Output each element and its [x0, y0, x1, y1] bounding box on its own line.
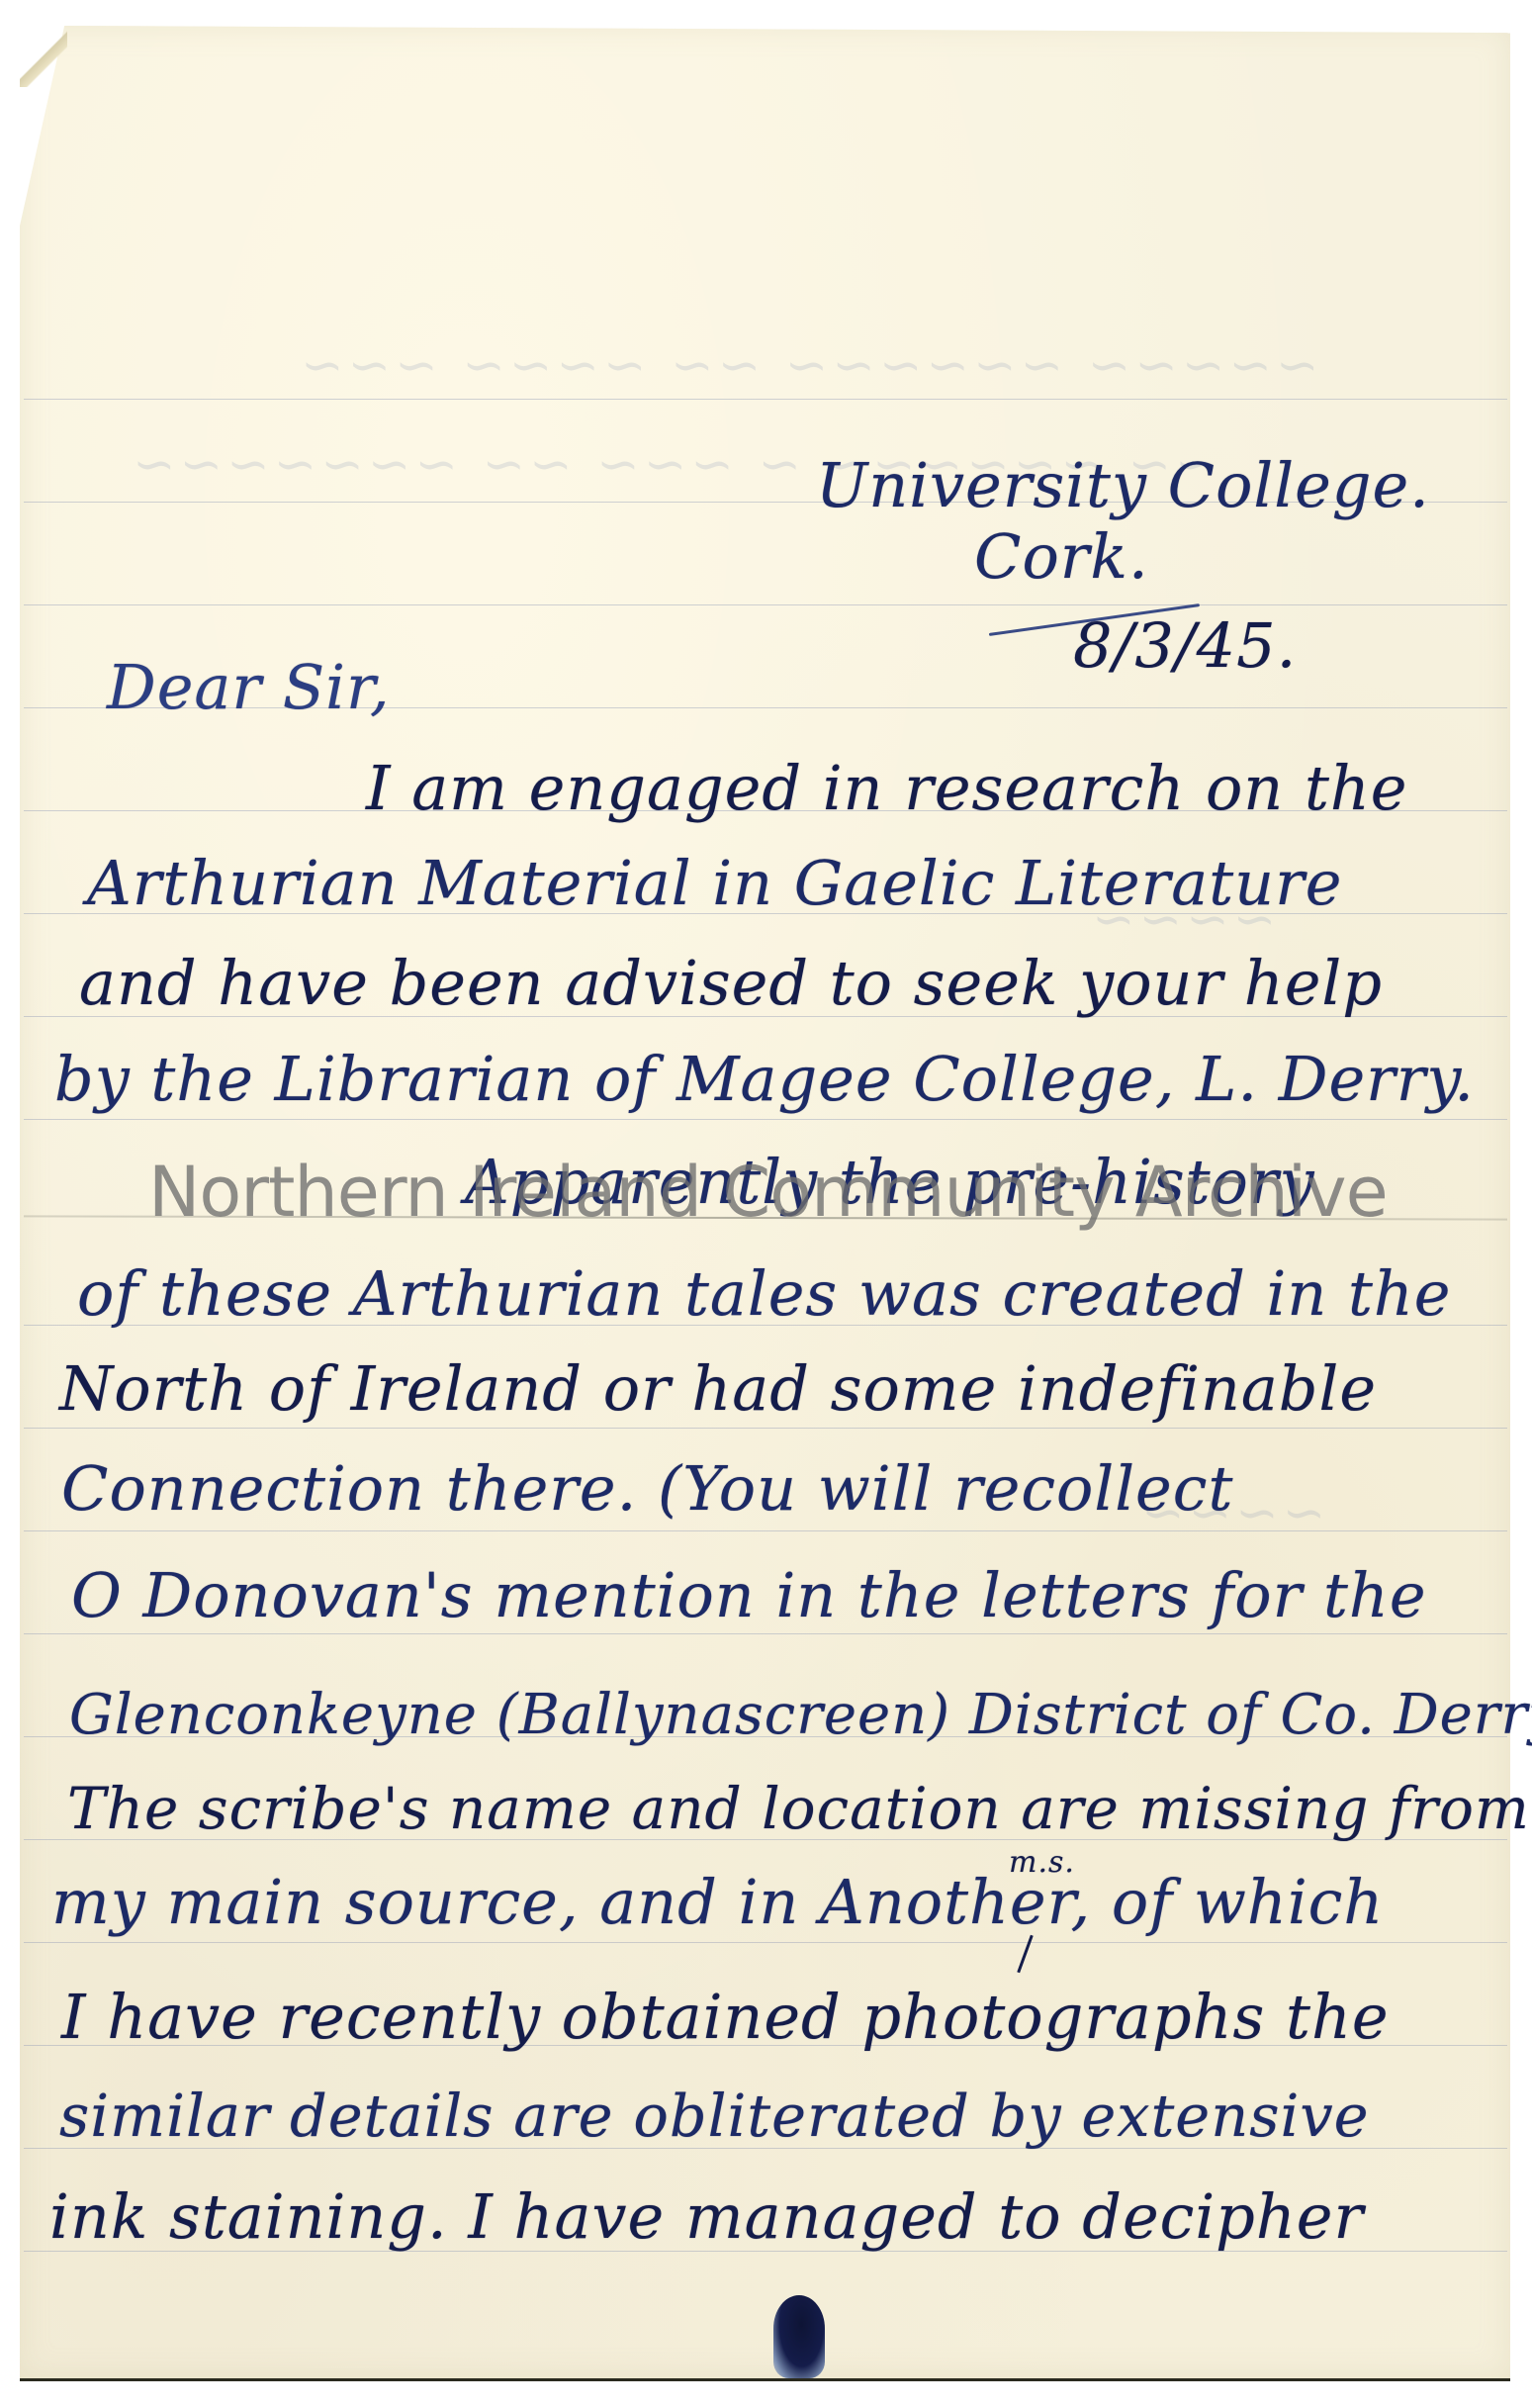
body-line: O Donovan's mention in the letters for t… — [71, 1565, 1427, 1626]
bleed-through-text: ~~~~~ ~~~~~~ ~~ ~~~~ ~~~ — [297, 336, 1319, 396]
body-line: Glenconkeyne (Ballynascreen) District of… — [69, 1688, 1532, 1743]
body-line: I am engaged in research on the — [366, 758, 1408, 819]
body-line: North of Ireland or had some indefinable — [59, 1358, 1377, 1420]
body-line: similar details are obliterated by exten… — [59, 2086, 1370, 2145]
body-line: I have recently obtained photographs the — [61, 1987, 1390, 2048]
ink-blot — [773, 2295, 825, 2378]
body-line: of these Arthurian tales was created in … — [77, 1263, 1452, 1325]
ruled-line — [24, 604, 1507, 605]
body-line: Arthurian Material in Gaelic Literature — [87, 853, 1342, 914]
body-line: The scribe's name and location are missi… — [67, 1780, 1530, 1837]
folded-corner — [20, 26, 67, 87]
body-line: by the Librarian of Magee College, L. De… — [54, 1049, 1475, 1110]
ruled-line — [24, 1942, 1507, 1943]
sender-address-line2: Cork. — [974, 526, 1149, 588]
ruled-line — [24, 1119, 1507, 1120]
ruled-line — [24, 1633, 1507, 1634]
sender-address-line1: University College. — [816, 455, 1430, 516]
archive-watermark: Northern Ireland Community Archive — [148, 1152, 1388, 1233]
ruled-line — [24, 1428, 1507, 1429]
body-line: Connection there. (You will recollect — [61, 1458, 1233, 1520]
ruled-line — [24, 399, 1507, 400]
salutation: Dear Sir, — [107, 657, 391, 718]
letter-date: 8/3/45. — [1073, 615, 1297, 677]
body-line: and have been advised to seek your help — [79, 953, 1383, 1014]
body-line: my main source, and in Another, of which — [51, 1872, 1384, 1933]
body-line: ink staining. I have managed to decipher — [49, 2186, 1364, 2248]
